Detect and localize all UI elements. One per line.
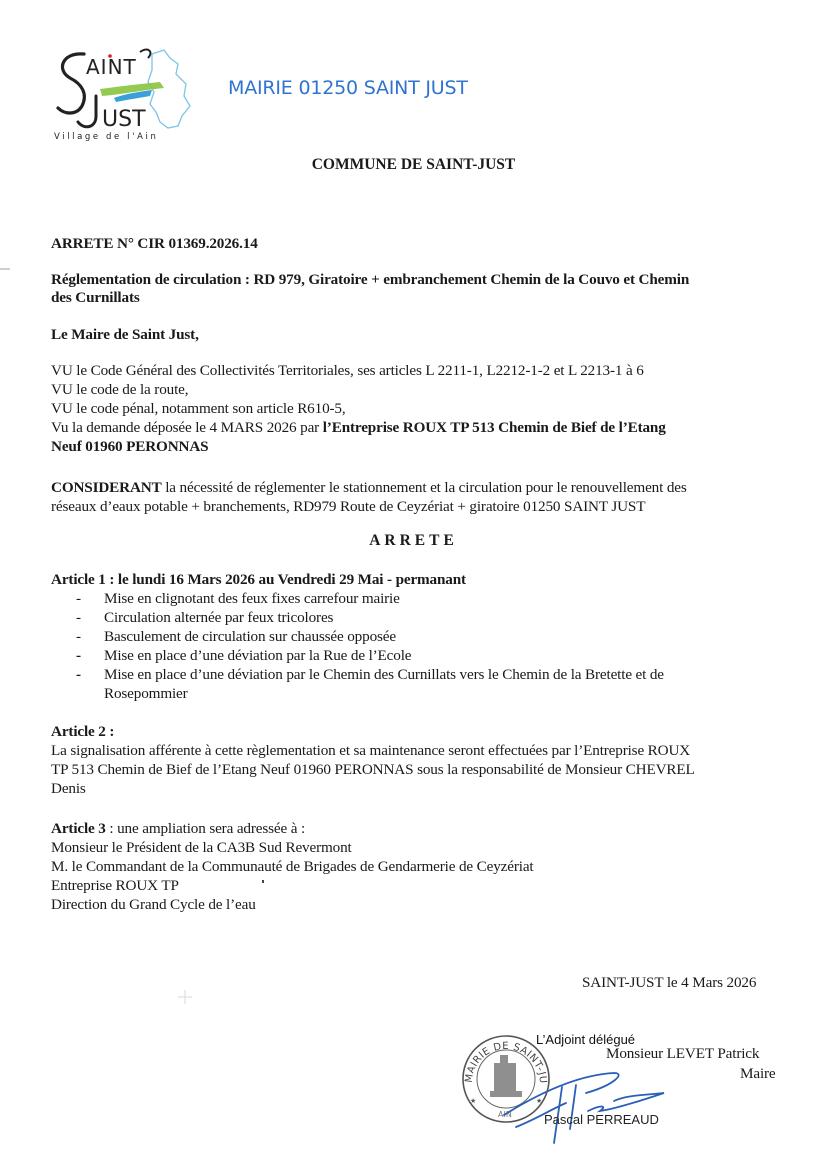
svg-text:Village de l'Ain: Village de l'Ain [54,132,158,142]
article-3-intro: : une ampliation sera adressée à : [106,820,305,837]
scan-artifact [178,990,192,1004]
arrete-number: ARRETE N° CIR 01369.2026.14 [51,234,258,253]
subject-line-1: Réglementation de circulation : RD 979, … [51,270,689,289]
vu-line: VU le code de la route, [51,380,188,399]
list-item-text: Basculement de circulation sur chaussée … [104,627,396,646]
dash-bullet: - [76,589,81,608]
article-2-line: Denis [51,779,86,798]
maire-title: Maire [740,1064,776,1083]
list-item: - Mise en place d’une déviation par la R… [0,646,827,665]
considerant-label: CONSIDERANT [51,479,162,496]
dash-bullet: - [76,646,81,665]
list-item: - Circulation alternée par feux tricolor… [0,608,827,627]
municipal-logo: AINT UST Village de l'Ain [52,44,202,142]
maire-intro: Le Maire de Saint Just, [51,325,199,344]
subject-line-2: des Curnillats [51,288,140,307]
demande-prefix: Vu la demande déposée le 4 MARS 2026 par [51,419,323,436]
article-2-line: La signalisation afférente à cette règle… [51,741,690,760]
considerant-line-2: réseaux d’eaux potable + branchements, R… [51,497,645,516]
arrete-heading: ARRETE [0,532,827,550]
vu-line: VU le Code Général des Collectivités Ter… [51,361,644,380]
maire-name: Monsieur LEVET Patrick [606,1044,759,1063]
demande-line-2: Neuf 01960 PERONNAS [51,437,208,456]
list-item-continuation: Rosepommier [104,684,188,703]
saint-just-logo-icon: AINT UST Village de l'Ain [52,44,202,142]
article-3-title: Article 3 : une ampliation sera adressée… [51,819,305,838]
considerant-text: la nécessité de réglementer le stationne… [162,479,687,496]
dash-bullet: - [76,608,81,627]
scan-speck [262,880,264,883]
svg-text:AINT: AINT [86,55,137,79]
svg-text:★: ★ [470,1097,476,1105]
dash-bullet: - [76,665,81,684]
scan-edge-mark [0,268,10,270]
demande-line-1: Vu la demande déposée le 4 MARS 2026 par… [51,418,666,437]
article-1-title: Article 1 : le lundi 16 Mars 2026 au Ven… [51,570,466,589]
vu-line: VU le code pénal, notamment son article … [51,399,346,418]
article-2-title: Article 2 : [51,722,114,741]
commune-heading: COMMUNE DE SAINT-JUST [0,156,827,174]
list-item: - Mise en place d’une déviation par le C… [0,665,827,684]
list-item: - Basculement de circulation sur chaussé… [0,627,827,646]
demande-company: l’Entreprise ROUX TP 513 Chemin de Bief … [323,419,666,436]
mairie-title: MAIRIE 01250 SAINT JUST [228,77,468,99]
list-item-text: Circulation alternée par feux tricolores [104,608,333,627]
date-place: SAINT-JUST le 4 Mars 2026 [582,973,756,992]
list-item-text: Mise en clignotant des feux fixes carref… [104,589,400,608]
handwritten-signature-icon [496,1065,676,1145]
article-2-line: TP 513 Chemin de Bief de l’Etang Neuf 01… [51,760,695,779]
recipient: M. le Commandant de la Communauté de Bri… [51,857,533,876]
svg-text:UST: UST [102,107,146,132]
list-item: - Mise en clignotant des feux fixes carr… [0,589,827,608]
considerant-line-1: CONSIDERANT la nécessité de réglementer … [51,478,687,497]
list-item-text: Mise en place d’une déviation par le Che… [104,665,664,684]
recipient: Monsieur le Président de la CA3B Sud Rev… [51,838,352,857]
recipient: Entreprise ROUX TP [51,876,179,895]
signature-block: MAIRIE DE SAINT-JUST AIN ★ ★ L’Adjoint d… [456,1025,786,1140]
list-item-text: Mise en place d’une déviation par la Rue… [104,646,411,665]
recipient: Direction du Grand Cycle de l’eau [51,895,256,914]
dash-bullet: - [76,627,81,646]
signatory-name: Pascal PERREAUD [544,1112,659,1127]
article-3-label: Article 3 [51,820,106,837]
